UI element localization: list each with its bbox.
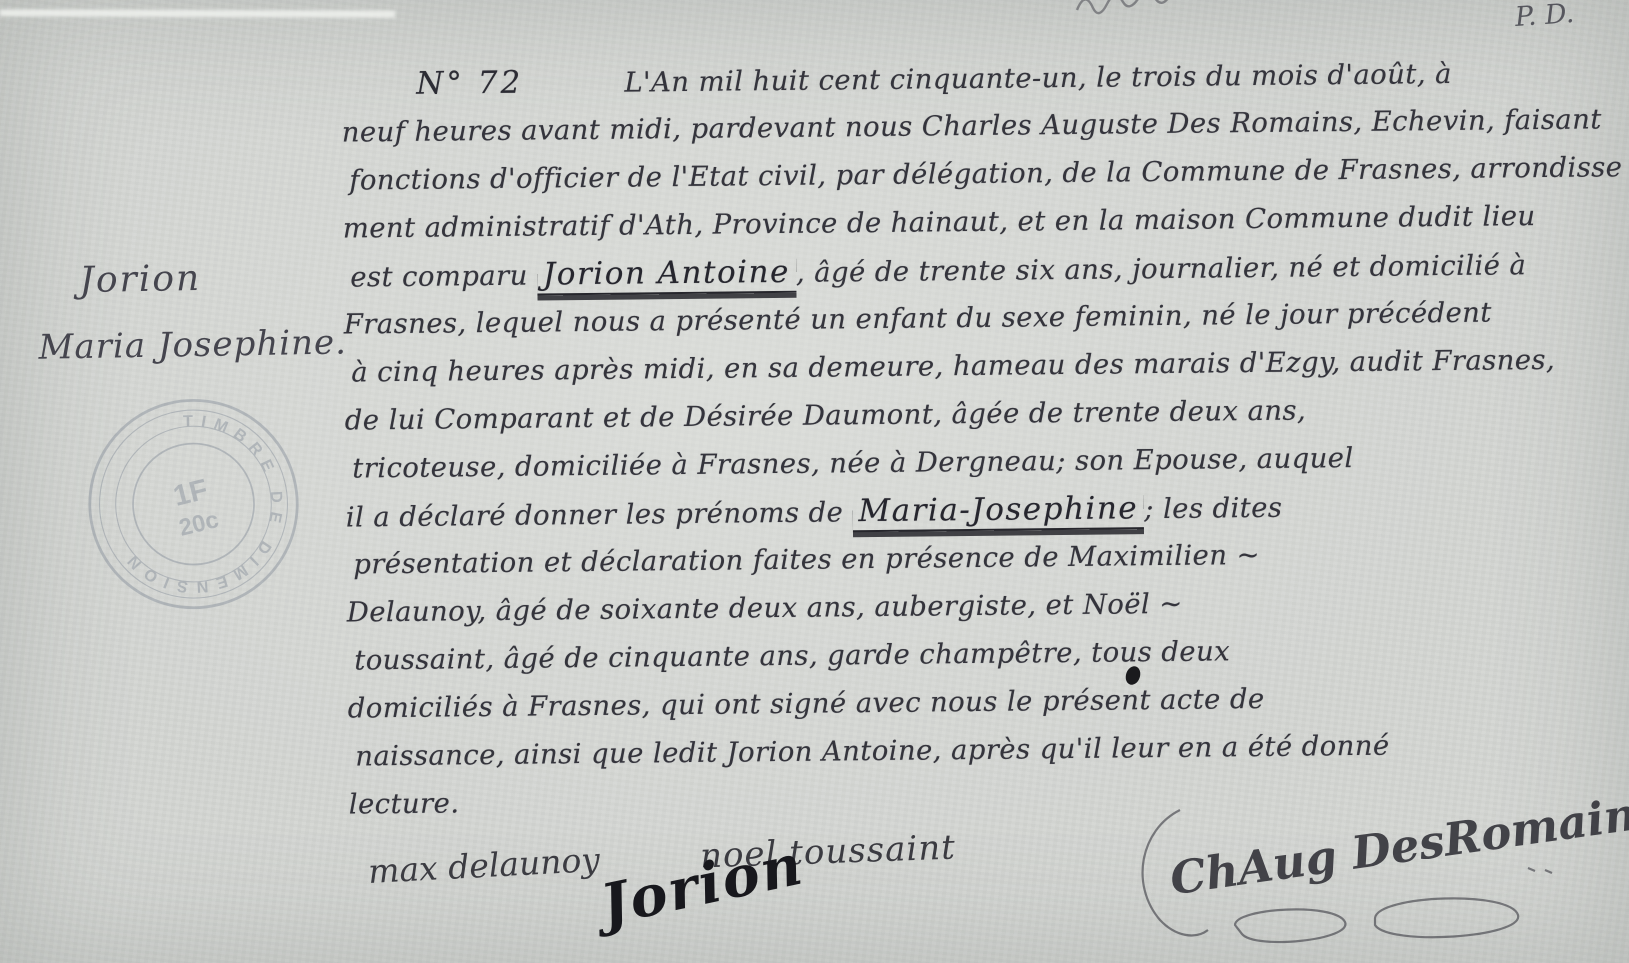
underlined-father-name: Jorion Antoine bbox=[537, 254, 796, 296]
cutoff-handwriting-artifact bbox=[1075, 0, 1335, 16]
body-line-text: il a déclaré donner les prénoms de bbox=[346, 496, 853, 533]
flourish-arc bbox=[1143, 810, 1208, 935]
timbre-dimension-stamp: TIMBRE DE DIMENSION 1F 20c bbox=[63, 373, 326, 639]
underlined-child-name: Maria-Josephine bbox=[852, 490, 1144, 532]
body-line-text: domiciliés à Frasnes, qui ont signé avec… bbox=[348, 683, 1265, 725]
act-number: N° 72 bbox=[416, 59, 523, 108]
stamp-value-top: 1F bbox=[170, 474, 211, 513]
body-line-text: ; les dites bbox=[1144, 492, 1282, 525]
body-line-text: tricoteuse, domiciliée à Frasnes, née à … bbox=[352, 442, 1354, 484]
body-line-text: lecture. bbox=[349, 787, 460, 820]
body-line-text: naissance, ainsi que ledit Jorion Antoin… bbox=[355, 730, 1390, 773]
body-line-text: Frasnes, lequel nous a présenté un enfan… bbox=[344, 297, 1492, 341]
margin-given-names: Maria Josephine. bbox=[38, 322, 359, 368]
body-line-text: toussaint, âgé de cinquante ans, garde c… bbox=[354, 635, 1230, 676]
signature-witness-delaunoy: max delaunoy bbox=[367, 840, 601, 891]
body-line-text: , âgé de trente six ans, journalier, né … bbox=[796, 249, 1527, 289]
body-line-text: neuf heures avant midi, pardevant nous C… bbox=[342, 103, 1602, 148]
flourish-loop-left bbox=[1235, 909, 1345, 942]
body-line-text: Delaunoy, âgé de soixante deux ans, aube… bbox=[347, 588, 1183, 629]
scanned-birth-record: P. D. Jorion Maria Josephine. TIMBRE DE … bbox=[0, 0, 1629, 963]
body-line-text: de lui Comparant et de Désirée Daumont, … bbox=[345, 394, 1307, 436]
act-body-text: N° 72 L'An mil huit cent cinquante-un, l… bbox=[341, 47, 1599, 828]
margin-annotation: Jorion Maria Josephine. bbox=[37, 255, 359, 368]
margin-surname: Jorion bbox=[37, 255, 358, 302]
body-line-text: est comparu bbox=[350, 260, 537, 294]
body-line-text: L'An mil huit cent cinquante-un, le troi… bbox=[624, 58, 1452, 99]
scan-light-streak bbox=[0, 9, 395, 17]
signature-flourish bbox=[1120, 790, 1600, 963]
body-line-text: à cinq heures après midi, en sa demeure,… bbox=[351, 344, 1555, 389]
body-line-text: présentation et déclaration faites en pr… bbox=[353, 539, 1260, 580]
body-line-text: fonctions d'officier de l'Etat civil, pa… bbox=[349, 151, 1622, 196]
corner-annotation: P. D. bbox=[1514, 0, 1575, 33]
flourish-loop-right bbox=[1375, 898, 1518, 937]
flourish-dots bbox=[1528, 868, 1552, 873]
body-line-text: ment administratif d'Ath, Province de ha… bbox=[343, 200, 1536, 244]
